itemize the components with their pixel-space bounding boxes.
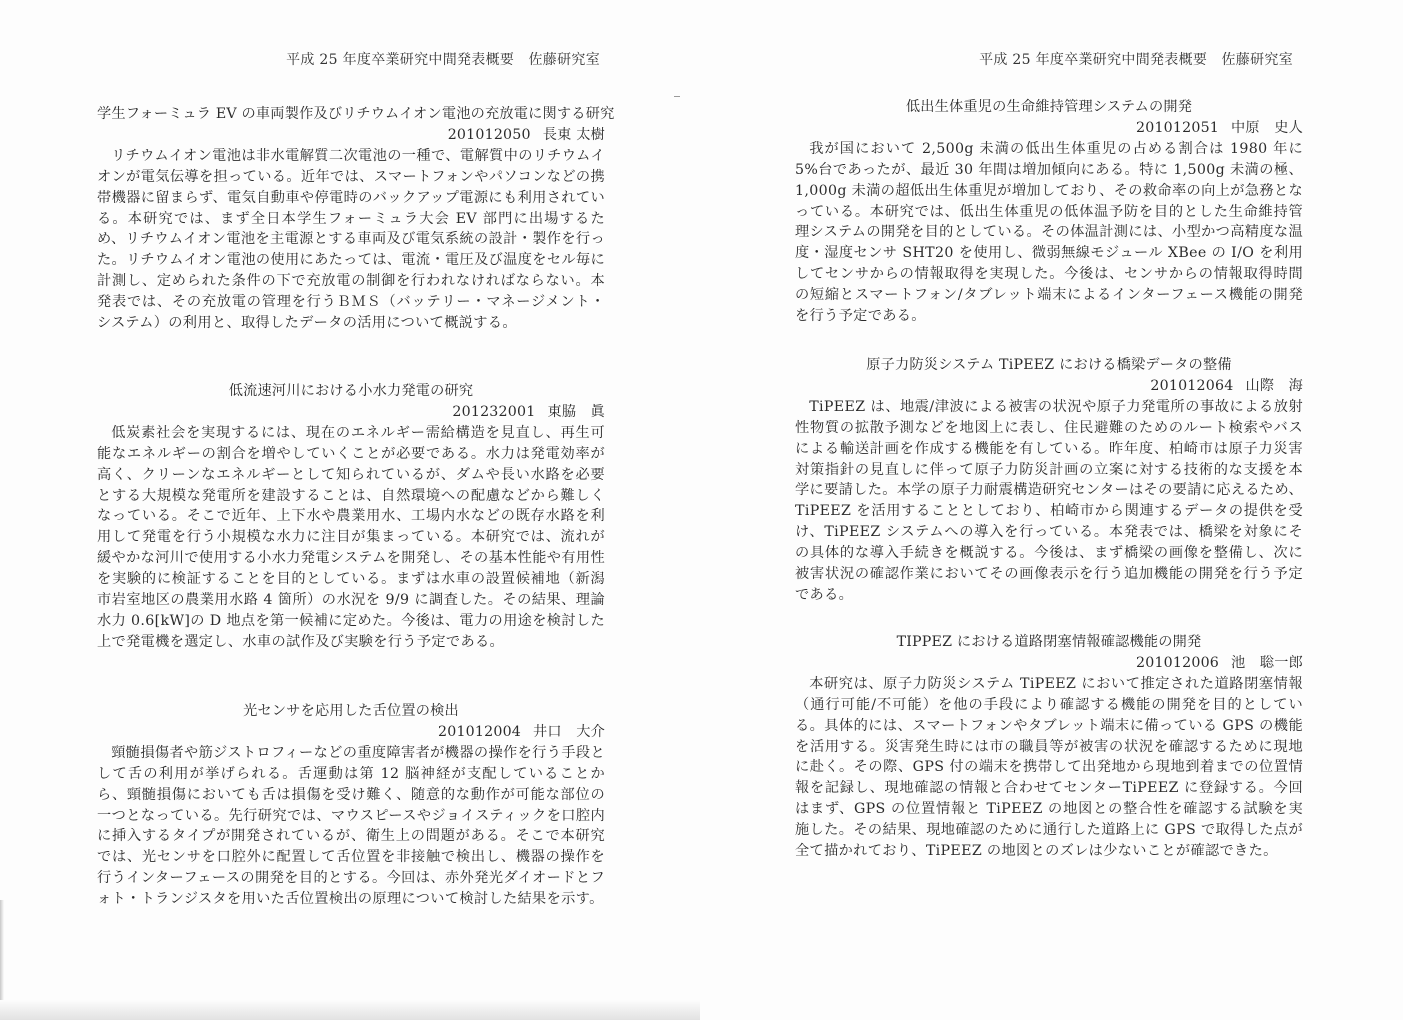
student-id: 201012064 — [1150, 378, 1233, 394]
article-author: 201012051中原 史人 — [795, 118, 1303, 139]
article-body: 頸髄損傷者や筋ジストロフィーなどの重度障害者が機器の操作を行う手段として舌の利用… — [97, 743, 605, 910]
article-body: リチウムイオン電池は非水電解質二次電池の一種で、電解質中のリチウムイオンが電気伝… — [97, 146, 605, 334]
author-name: 長東 太樹 — [543, 127, 605, 143]
student-id: 201232001 — [452, 404, 535, 420]
author-name: 池 聡一郎 — [1231, 655, 1303, 671]
article-formula-ev: 学生フォーミュラ EV の車両製作及びリチウムイオン電池の充放電に関する研究 2… — [97, 104, 605, 334]
article-author: 201232001東脇 眞 — [97, 402, 605, 423]
article-title: 学生フォーミュラ EV の車両製作及びリチウムイオン電池の充放電に関する研究 — [97, 104, 605, 125]
article-title: TIPPEZ における道路閉塞情報確認機能の開発 — [795, 632, 1303, 653]
author-name: 東脇 眞 — [547, 404, 605, 420]
article-title: 光センサを応用した舌位置の検出 — [97, 701, 605, 722]
author-name: 山際 海 — [1245, 378, 1303, 394]
article-body: 低炭素社会を実現するには、現在のエネルギー需給構造を見直し、再生可能なエネルギー… — [97, 423, 605, 653]
article-low-birth-weight: 低出生体重児の生命維持管理システムの開発 201012051中原 史人 我が国に… — [795, 97, 1303, 327]
article-body: TiPEEZ は、地震/津波による被害の状況や原子力発電所の事故による放射性物質… — [795, 397, 1303, 606]
article-title: 低出生体重児の生命維持管理システムの開発 — [795, 97, 1303, 118]
student-id: 201012006 — [1136, 655, 1219, 671]
scan-mark — [674, 96, 680, 97]
student-id: 201012050 — [448, 127, 531, 143]
scan-bottom-shadow — [0, 1000, 700, 1020]
page-header: 平成 25 年度卒業研究中間発表概要 佐藤研究室 — [979, 49, 1293, 69]
page-header: 平成 25 年度卒業研究中間発表概要 佐藤研究室 — [286, 49, 600, 69]
article-author: 201012006池 聡一郎 — [795, 653, 1303, 674]
scanned-document-spread: 平成 25 年度卒業研究中間発表概要 佐藤研究室 学生フォーミュラ EV の車両… — [0, 0, 1403, 1020]
student-id: 201012004 — [438, 724, 521, 740]
right-page: 平成 25 年度卒業研究中間発表概要 佐藤研究室 低出生体重児の生命維持管理シス… — [700, 0, 1403, 1020]
author-name: 井口 大介 — [533, 724, 605, 740]
article-body: 我が国において 2,500g 未満の低出生体重児の占める割合は 1980 年に … — [795, 139, 1303, 327]
article-tipeez-bridge: 原子力防災システム TiPEEZ における橋梁データの整備 201012064山… — [795, 355, 1303, 606]
left-page: 平成 25 年度卒業研究中間発表概要 佐藤研究室 学生フォーミュラ EV の車両… — [0, 0, 700, 1020]
article-author: 201012050長東 太樹 — [97, 125, 605, 146]
author-name: 中原 史人 — [1231, 120, 1303, 136]
article-title: 低流速河川における小水力発電の研究 — [97, 381, 605, 402]
article-title: 原子力防災システム TiPEEZ における橋梁データの整備 — [795, 355, 1303, 376]
student-id: 201012051 — [1136, 120, 1219, 136]
article-author: 201012064山際 海 — [795, 376, 1303, 397]
article-body: 本研究は、原子力防災システム TiPEEZ において推定された道路閉塞情報（通行… — [795, 674, 1303, 862]
article-author: 201012004井口 大介 — [97, 722, 605, 743]
scan-edge-shadow — [0, 900, 4, 1000]
article-tongue-sensor: 光センサを応用した舌位置の検出 201012004井口 大介 頸髄損傷者や筋ジス… — [97, 701, 605, 910]
article-small-hydro: 低流速河川における小水力発電の研究 201232001東脇 眞 低炭素社会を実現… — [97, 381, 605, 653]
article-tipeez-road: TIPPEZ における道路閉塞情報確認機能の開発 201012006池 聡一郎 … — [795, 632, 1303, 862]
